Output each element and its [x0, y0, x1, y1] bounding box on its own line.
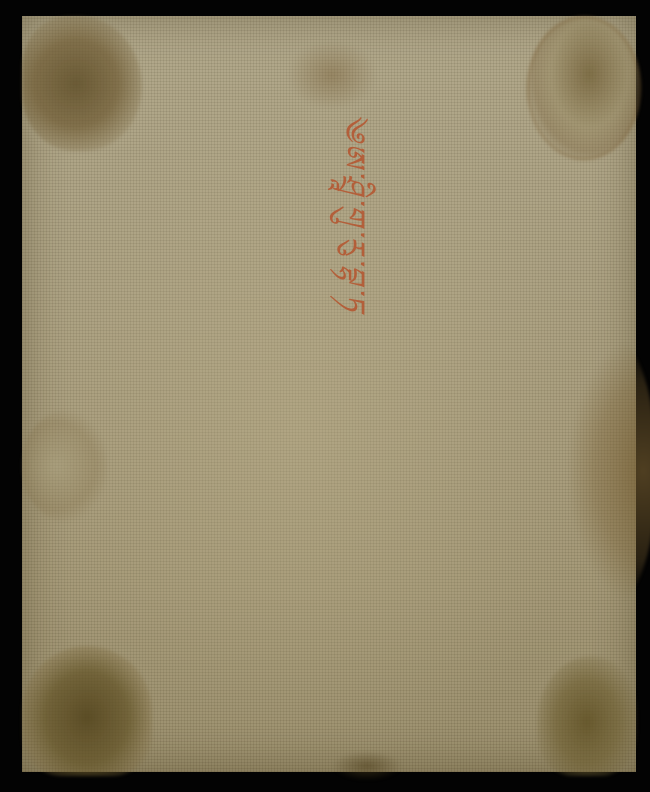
red-inscription: ༄ཨ་ཤྲཱི་གུ་རུ་བྷ་ཏ	[298, 112, 368, 422]
stain-left-edge	[22, 411, 107, 521]
stain-bottom-left	[22, 646, 152, 776]
stain-top-right	[527, 16, 641, 160]
stain-top-left	[22, 16, 142, 151]
stain-bottom-right	[537, 656, 637, 776]
stain-bottom-center	[332, 751, 402, 781]
stain-top-center	[287, 40, 377, 110]
stain-right-edge	[567, 336, 650, 606]
inscription-text: ༄ཨ་ཤྲཱི་གུ་རུ་བྷ་ཏ	[338, 112, 368, 422]
